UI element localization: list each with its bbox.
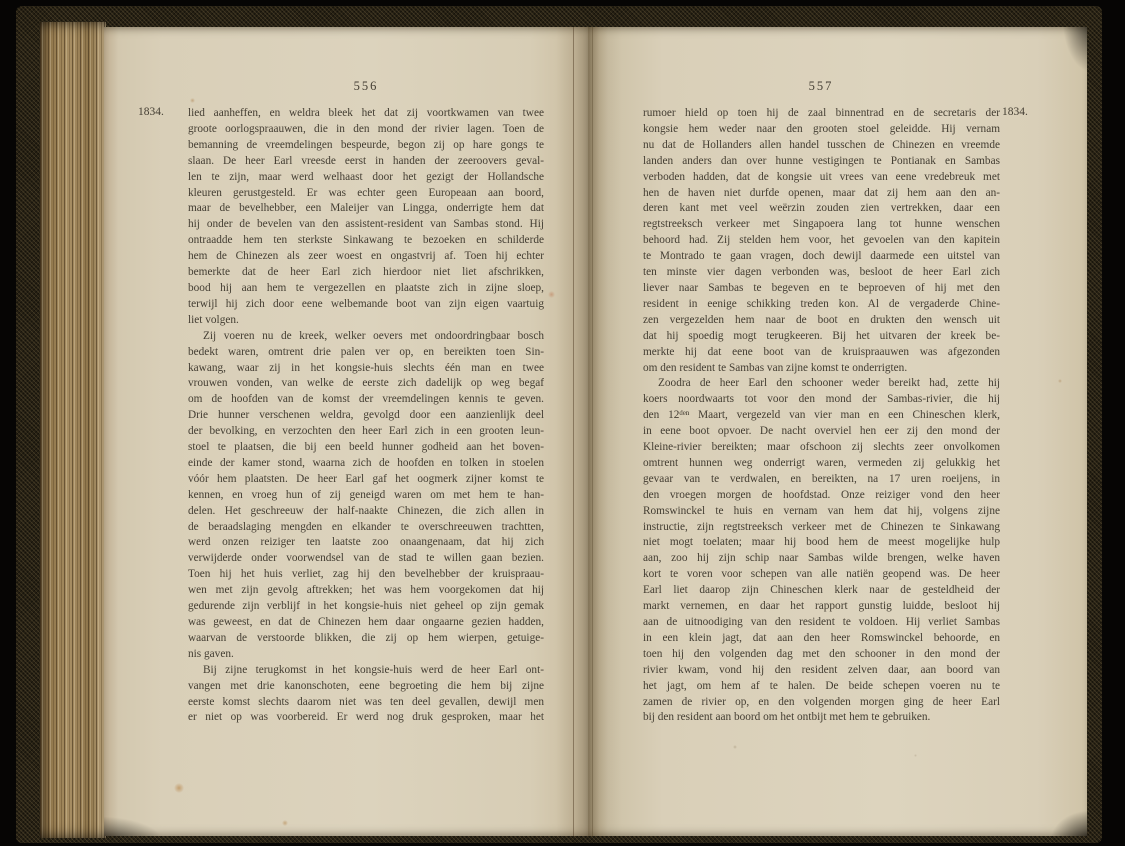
text-line: was geweest, en dat de Chinezen hem daar… <box>188 615 544 631</box>
text-line: koers noordwaarts tot voor den mond der … <box>643 392 1000 408</box>
text-line: Zij voeren nu de kreek, welker oevers me… <box>188 329 544 345</box>
text-line: zamen de rivier op, en den volgenden mor… <box>643 695 1000 711</box>
text-line: werd onzen reiziger ten laatste zoo onaa… <box>188 535 544 551</box>
text-line: om den resident te Sambas van zijne koms… <box>643 361 1000 377</box>
text-line: Drie hunner verschenen weldra, gevolgd d… <box>188 408 544 424</box>
text-line: Bij zijne terugkomst in het kongsie-huis… <box>188 663 544 679</box>
text-line: liever naar Sambas te begeven en te bepr… <box>643 281 1000 297</box>
text-line: Zoodra de heer Earl den schooner weder b… <box>643 376 1000 392</box>
text-line: wen met zijn gevolg aftrekken; het was h… <box>188 583 544 599</box>
text-line: einde der kamer stond, waarna zich de ho… <box>188 456 544 472</box>
text-line: nis gaven. <box>188 647 544 663</box>
text-line: delen. Het geschreeuw der half-naakte Ch… <box>188 504 544 520</box>
text-line: bij den resident aan boord om het ontbij… <box>643 710 1000 726</box>
margin-year-left: 1834. <box>138 106 164 118</box>
text-line: het jagt, om hem af te halen. De beide s… <box>643 679 1000 695</box>
text-line: vóór hem plaatsten. De heer Earl gaf het… <box>188 472 544 488</box>
text-line: rumoer hield op toen hij de zaal binnent… <box>643 106 1000 122</box>
text-line: len te zijn, maar werd welhaast door het… <box>188 170 544 186</box>
margin-year-right: 1834. <box>1002 106 1028 118</box>
photographed-book-spread: 556 557 1834. 1834. lied aanheffen, en w… <box>0 0 1125 846</box>
text-line: kennen, en vroeg hun of zij geneigd ware… <box>188 488 544 504</box>
text-line: landen anders dan over hunne vestigingen… <box>643 154 1000 170</box>
paragraph: Bij zijne terugkomst in het kongsie-huis… <box>188 663 544 727</box>
text-line: kort te voren voor schepen van alle nati… <box>643 567 1000 583</box>
book-fore-edge-pages <box>40 22 106 838</box>
cover-corner-shadow <box>104 816 164 836</box>
paragraph: Zoodra de heer Earl den schooner weder b… <box>643 376 1000 726</box>
page-number-right: 557 <box>643 79 999 94</box>
text-line: zen vergezelden hem naar de boot en druk… <box>643 313 1000 329</box>
text-line: bedekt waren, omtrent drie palen ver op,… <box>188 345 544 361</box>
text-line: der bevolking, en verzochten den heer Ea… <box>188 424 544 440</box>
text-line: bood hij aan hem te vergezellen en plaat… <box>188 281 544 297</box>
text-line: in een klein jagt, dat aan den heer Roms… <box>643 631 1000 647</box>
text-line: terwijl hij zich door eene welbemande bo… <box>188 297 544 313</box>
text-line: kongsie hem weder naar den grooten stoel… <box>643 122 1000 138</box>
text-line: aan, zoo hij zijn schip naar Sambas wild… <box>643 551 1000 567</box>
text-line: gedurende zijn verblijf in het kongsie-h… <box>188 599 544 615</box>
text-line: kleuren gerustgesteld. Er was echter gee… <box>188 186 544 202</box>
text-line: te Montrado te gaan vragen, doch dewijl … <box>643 249 1000 265</box>
text-line: om de hoofden van de komst der vreemdeli… <box>188 392 544 408</box>
text-line: groote oorlogspraauwen, die in den mond … <box>188 122 544 138</box>
text-line: ontraadde hem ten sterkste Sinkawang te … <box>188 233 544 249</box>
text-line: waarvan de verstoorde blikken, die zij o… <box>188 631 544 647</box>
page-edge <box>592 27 593 836</box>
paragraph: Zij voeren nu de kreek, welker oevers me… <box>188 329 544 663</box>
text-line: gevaar van te verdwalen, en bereikten, n… <box>643 472 1000 488</box>
text-line: aan de uitnoodiging van den resident te … <box>643 615 1000 631</box>
text-line: nu dat de Hollanders allen handel tussch… <box>643 138 1000 154</box>
text-line: behoord had. Zij stelden hem voor, het g… <box>643 233 1000 249</box>
text-line: stoel te plaatsen, die bij een beeld hun… <box>188 440 544 456</box>
text-line: vangen met drie kanonschoten, eene begro… <box>188 679 544 695</box>
text-line: bemanning de vreemdelingen bespeurde, be… <box>188 138 544 154</box>
text-line: niet mogt toelaten; maar hij bood hem de… <box>643 535 1000 551</box>
text-line: er niet op was voorbereid. Er werd nog d… <box>188 710 544 726</box>
text-line: liet volgen. <box>188 313 544 329</box>
text-line: resident in eenige schikking treden kon.… <box>643 297 1000 313</box>
text-column-right: rumoer hield op toen hij de zaal binnent… <box>643 106 1000 726</box>
text-line: bemerkte dat de heer Earl zich hierdoor … <box>188 265 544 281</box>
text-line: instructie, zijn regtstreeksch verkeer m… <box>643 520 1000 536</box>
text-line: kawang, waar zij in het kongsie-huis sle… <box>188 361 544 377</box>
page-number-left: 556 <box>188 79 544 94</box>
text-line: eerste komst slechts daarom niet was ten… <box>188 695 544 711</box>
paragraph: lied aanheffen, en weldra bleek het dat … <box>188 106 544 329</box>
text-line: verboden hadden, dat de kongsie uit vree… <box>643 170 1000 186</box>
text-column-left: lied aanheffen, en weldra bleek het dat … <box>188 106 544 726</box>
text-line: den 12ᵈᵉⁿ Maart, vergezeld van vier man … <box>643 408 1000 424</box>
text-line: regtstreeksch verkeer met Singapoera lan… <box>643 217 1000 233</box>
text-line: den vroegen morgen de hoofdstad. Onze re… <box>643 488 1000 504</box>
text-line: maar de bevelhebber, een Maleijer van Li… <box>188 201 544 217</box>
text-line: Kleine-rivier bereikten; maar ofschoon z… <box>643 440 1000 456</box>
text-line: rivier kwam, vond hij den resident zelve… <box>643 663 1000 679</box>
text-line: Toen hij het huis verliet, zag hij den b… <box>188 567 544 583</box>
text-line: verwijderde onder voorwendsel van de sta… <box>188 551 544 567</box>
text-line: omtrent hunnen weg onderrigt waren, verm… <box>643 456 1000 472</box>
text-line: in eene boot opvoer. De nacht overviel h… <box>643 424 1000 440</box>
text-line: slaan. De heer Earl vreesde eerst in han… <box>188 154 544 170</box>
text-line: Earl liet daarop zijn Chineschen klerk n… <box>643 583 1000 599</box>
cover-corner-shadow <box>1062 27 1087 73</box>
text-line: vrouwen vonden, van welke de eerste zich… <box>188 376 544 392</box>
text-line: toen hij den volgenden dag met den schoo… <box>643 647 1000 663</box>
text-line: lied aanheffen, en weldra bleek het dat … <box>188 106 544 122</box>
text-line: hij onder de bevelen van den assistent-r… <box>188 217 544 233</box>
paragraph: rumoer hield op toen hij de zaal binnent… <box>643 106 1000 376</box>
text-line: dat hij spoedig mogt terugkeeren. Bij he… <box>643 329 1000 345</box>
text-line: merkte hij dat eene boot van de kruispra… <box>643 345 1000 361</box>
text-line: markt vernemen, en daar het rapport guns… <box>643 599 1000 615</box>
text-line: de beraadslaging mengden en elkander te … <box>188 520 544 536</box>
text-line: Romswinckel te huis en vernam van hem da… <box>643 504 1000 520</box>
text-line: ten minste vier dagen verbonden was, bes… <box>643 265 1000 281</box>
text-line: hem de Chinezen als zeer woest en ongast… <box>188 249 544 265</box>
text-line: deren kant met veel weërzin zouden zien … <box>643 201 1000 217</box>
page-edge <box>573 27 574 836</box>
text-line: hen de haven niet durfde openen, maar da… <box>643 186 1000 202</box>
cover-corner-shadow <box>1050 810 1087 836</box>
